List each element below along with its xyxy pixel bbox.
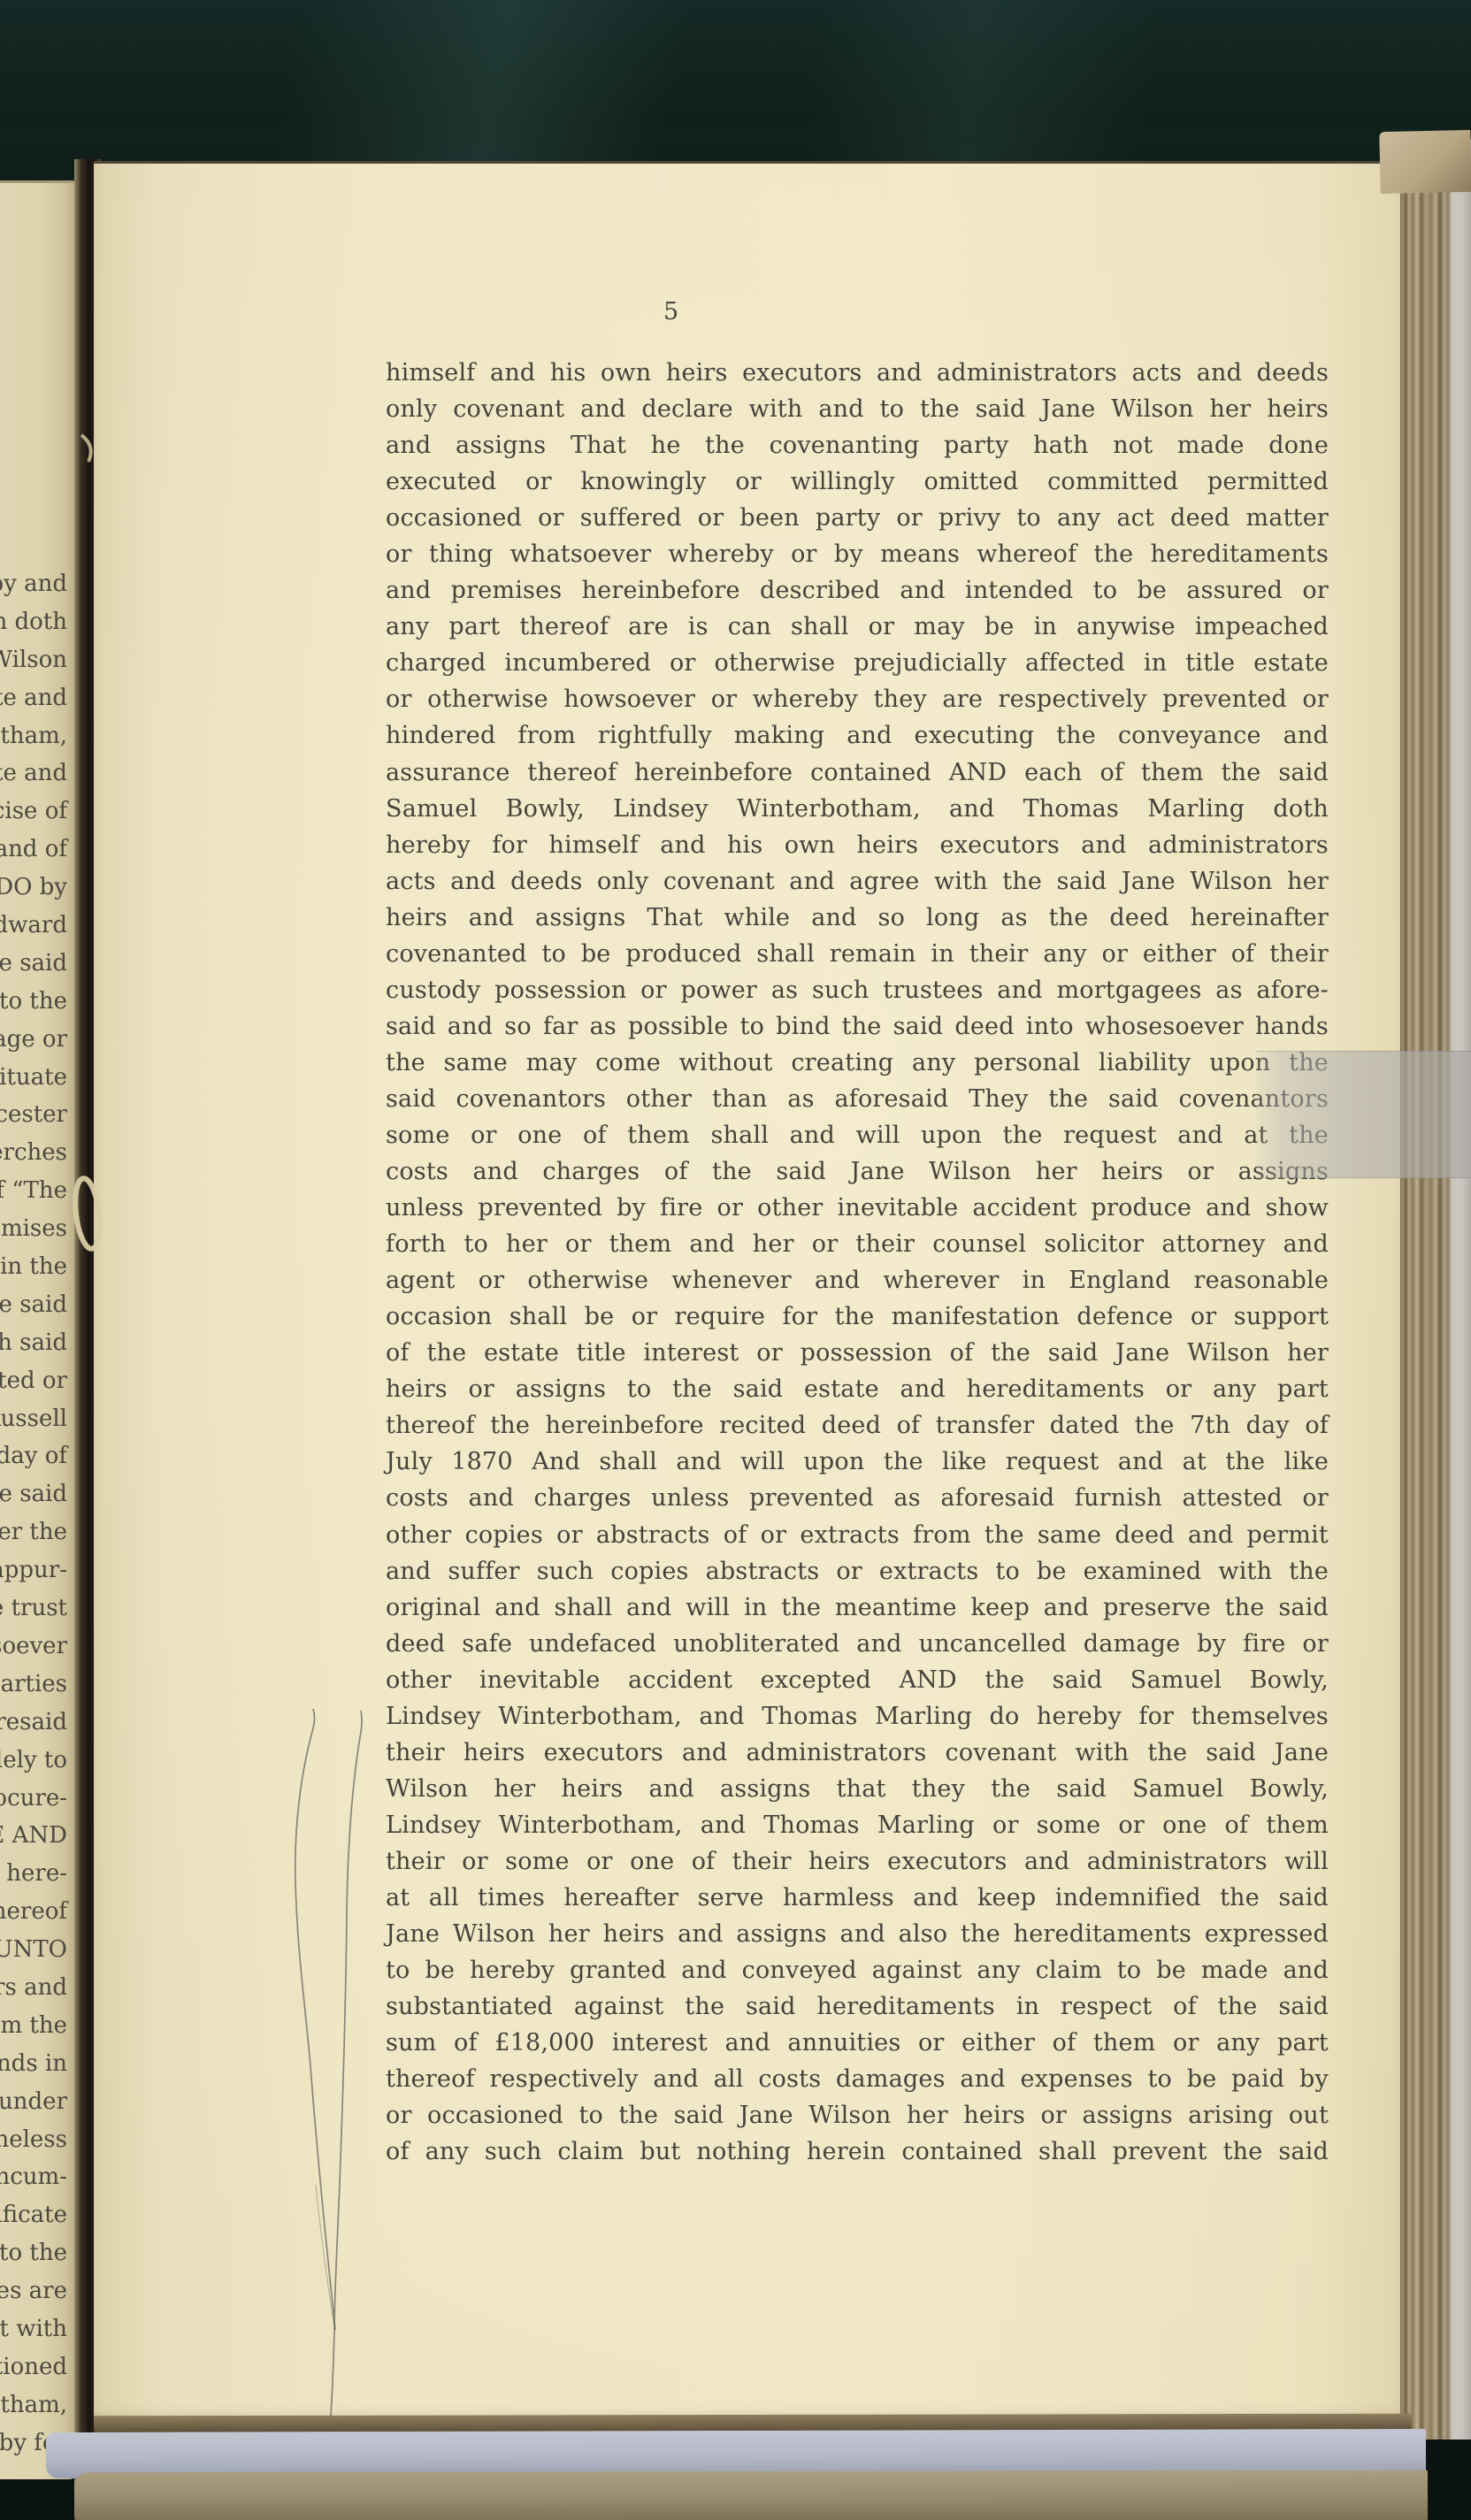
left-page-text-fragment: f “The bbox=[0, 1172, 73, 1210]
text-line: custody possession or power as such trus… bbox=[386, 972, 1329, 1008]
left-page-text-fragment: l and of bbox=[0, 831, 73, 869]
text-line: thereof respectively and all costs damag… bbox=[386, 2061, 1329, 2097]
left-page-text-fragment: to the bbox=[0, 2234, 73, 2272]
text-line: only covenant and declare with and to th… bbox=[386, 391, 1329, 427]
text-line: occasion shall be or require for the man… bbox=[386, 1298, 1329, 1335]
text-line: substantiated against the said hereditam… bbox=[386, 1988, 1329, 2025]
text-line: Jane Wilson her heirs and assigns and al… bbox=[386, 1916, 1329, 1952]
left-page-text-fragment: loucester bbox=[0, 1096, 73, 1134]
text-line: other inevitable accident excepted AND t… bbox=[386, 1662, 1329, 1698]
left-page-text-fragment: atsoever bbox=[0, 1628, 73, 1666]
text-line: to be hereby granted and conveyed agains… bbox=[386, 1952, 1329, 1988]
left-page-text-fragment: rtificate bbox=[0, 2196, 73, 2234]
text-line: sum of £18,000 interest and annuities or… bbox=[386, 2025, 1329, 2061]
text-line: or otherwise howsoever or whereby they a… bbox=[386, 681, 1329, 717]
text-line: Lindsey Winterbotham, and Thomas Marling… bbox=[386, 1698, 1329, 1735]
text-line: at all times hereafter serve harmless an… bbox=[386, 1880, 1329, 1916]
left-page-text-fragment: olely to bbox=[0, 1742, 73, 1780]
text-line: Samuel Bowly, Lindsey Winterbotham, and … bbox=[386, 791, 1329, 827]
left-page-text-fragment: om doth bbox=[0, 603, 73, 641]
left-page-text-fragment: n day of bbox=[0, 1437, 73, 1475]
text-line: and assigns That he the covenanting part… bbox=[386, 427, 1329, 463]
book-cover-background bbox=[0, 0, 1471, 168]
left-page-text-fragment: DO by bbox=[0, 869, 73, 907]
text-line: said and so far as possible to bind the … bbox=[386, 1008, 1329, 1045]
left-page-text-fragment: eirs and bbox=[0, 1969, 73, 2007]
scanned-book-photo: reby andom dothe Wilsonstate andrbotham,… bbox=[0, 0, 1471, 2520]
left-page-text-fragment: in the bbox=[0, 1248, 73, 1286]
translucent-tape-band bbox=[1256, 1051, 1471, 1178]
left-page-text-fragment: procure- bbox=[0, 1780, 73, 1818]
left-page-text-fragment: ntioned bbox=[0, 2348, 73, 2386]
left-page-text-fragment: ther the bbox=[0, 1513, 73, 1551]
text-line: and suffer such copies abstracts or extr… bbox=[386, 1553, 1329, 1589]
text-line: Lindsey Winterbotham, and Thomas Marling… bbox=[386, 1807, 1329, 1843]
text-line: covenanted to be produced shall remain i… bbox=[386, 936, 1329, 972]
left-page-text-fragment: otham, bbox=[0, 2386, 73, 2424]
left-page-text-fragment: rbotham, bbox=[0, 717, 73, 755]
left-page-text-fragment: unto the bbox=[0, 983, 73, 1021]
left-page-text-fragment: perches bbox=[0, 1134, 73, 1172]
left-page-text-fragment: the said bbox=[0, 1475, 73, 1513]
text-line: thereof the hereinbefore recited deed of… bbox=[386, 1407, 1329, 1444]
left-page-text-fragment: se trust bbox=[0, 1589, 73, 1628]
text-line: hindered from rightfully making and exec… bbox=[386, 717, 1329, 754]
text-line: heirs and assigns That while and so long… bbox=[386, 900, 1329, 936]
left-page-text-fragment: E AND bbox=[0, 1817, 73, 1855]
text-line: or thing whatsoever whereby or by means … bbox=[386, 536, 1329, 572]
text-line: original and shall and will in the meant… bbox=[386, 1589, 1329, 1626]
document-page: 5 himself and his own heirs executors an… bbox=[94, 161, 1402, 2424]
left-page-text-fragment: state and bbox=[0, 754, 73, 793]
facing-page-edge: reby andom dothe Wilsonstate andrbotham,… bbox=[0, 180, 78, 2479]
text-line: their heirs executors and administrators… bbox=[386, 1735, 1329, 1771]
left-page-text-fragment: reby and bbox=[0, 565, 73, 603]
page-stack-edges bbox=[1400, 140, 1471, 2440]
text-line: executed or knowingly or willingly omitt… bbox=[386, 463, 1329, 500]
left-page-text-fragment: thereof bbox=[0, 1893, 73, 1931]
left-page-text-fragment: ands in bbox=[0, 2045, 73, 2083]
text-line: the same may come without creating any p… bbox=[386, 1045, 1329, 1081]
text-line: agent or otherwise whenever and wherever… bbox=[386, 1262, 1329, 1298]
text-line: costs and charges unless prevented as af… bbox=[386, 1480, 1329, 1516]
left-page-text-fragment: UNTO bbox=[0, 1931, 73, 1969]
text-line: occasioned or suffered or been party or … bbox=[386, 500, 1329, 536]
text-line: Wilson her heirs and assigns that they t… bbox=[386, 1771, 1329, 1807]
text-line: their or some or one of their heirs exec… bbox=[386, 1843, 1329, 1880]
text-line: heirs or assigns to the said estate and … bbox=[386, 1371, 1329, 1407]
left-page-text-fragment: ces are bbox=[0, 2272, 73, 2310]
left-page-text-fragment: e Wilson bbox=[0, 641, 73, 679]
text-line: any part thereof are is can shall or may… bbox=[386, 609, 1329, 645]
text-line: charged incumbered or otherwise prejudic… bbox=[386, 645, 1329, 681]
page-number: 5 bbox=[663, 298, 678, 326]
text-line: acts and deeds only covenant and agree w… bbox=[386, 863, 1329, 900]
text-line: or occasioned to the said Jane Wilson he… bbox=[386, 2097, 1329, 2133]
left-page-text-fragment: ut with bbox=[0, 2310, 73, 2348]
left-page-text-fragment: rtheless bbox=[0, 2121, 73, 2159]
text-line: forth to her or them and her or their co… bbox=[386, 1226, 1329, 1262]
text-line: some or one of them shall and will upon … bbox=[386, 1117, 1329, 1153]
text-line: of any such claim but nothing herein con… bbox=[386, 2133, 1329, 2170]
text-line: July 1870 And shall and will upon the li… bbox=[386, 1444, 1329, 1480]
text-line: costs and charges of the said Jane Wilso… bbox=[386, 1153, 1329, 1190]
bottom-sheet-tan bbox=[74, 2470, 1428, 2520]
left-page-text-fragment: ls here- bbox=[0, 1855, 73, 1893]
left-page-text-fragment: under bbox=[0, 2083, 73, 2121]
left-page-text-fragment: premises bbox=[0, 1210, 73, 1248]
left-page-text-fragment: ich said bbox=[0, 1324, 73, 1362]
left-page-text-fragment: Edward bbox=[0, 907, 73, 945]
left-page-text-fragment: parties bbox=[0, 1666, 73, 1704]
left-page-text-fragment: suage or bbox=[0, 1021, 73, 1059]
text-line: other copies or abstracts of or extracts… bbox=[386, 1517, 1329, 1553]
left-page-text-fragment: the said bbox=[0, 945, 73, 983]
left-page-text-fragment: Russell bbox=[0, 1400, 73, 1438]
text-line: deed safe undefaced unobliterated and un… bbox=[386, 1626, 1329, 1662]
text-line: unless prevented by fire or other inevit… bbox=[386, 1190, 1329, 1226]
left-page-text-fragment: cited or bbox=[0, 1362, 73, 1400]
text-line: assurance thereof hereinbefore contained… bbox=[386, 754, 1329, 791]
left-page-text-fragment: foresaid bbox=[0, 1704, 73, 1742]
text-line: hereby for himself and his own heirs exe… bbox=[386, 827, 1329, 863]
left-page-text-fragment: om the bbox=[0, 2007, 73, 2045]
text-line: and premises hereinbefore described and … bbox=[386, 572, 1329, 609]
text-block: himself and his own heirs executors and … bbox=[386, 355, 1329, 2170]
left-page-text-fragment: situate bbox=[0, 1059, 73, 1097]
text-line: said covenantors other than as aforesaid… bbox=[386, 1081, 1329, 1117]
left-page-text-fragment: appur- bbox=[0, 1551, 73, 1589]
text-line: himself and his own heirs executors and … bbox=[386, 355, 1329, 391]
left-page-fragments: reby andom dothe Wilsonstate andrbotham,… bbox=[0, 565, 73, 2463]
left-page-text-fragment: xercise of bbox=[0, 793, 73, 831]
page-stack-top-corner bbox=[1379, 130, 1471, 194]
left-page-text-fragment: the said bbox=[0, 1286, 73, 1324]
left-page-text-fragment: incum- bbox=[0, 2158, 73, 2196]
text-line: of the estate title interest or possessi… bbox=[386, 1335, 1329, 1371]
left-page-text-fragment: state and bbox=[0, 679, 73, 717]
